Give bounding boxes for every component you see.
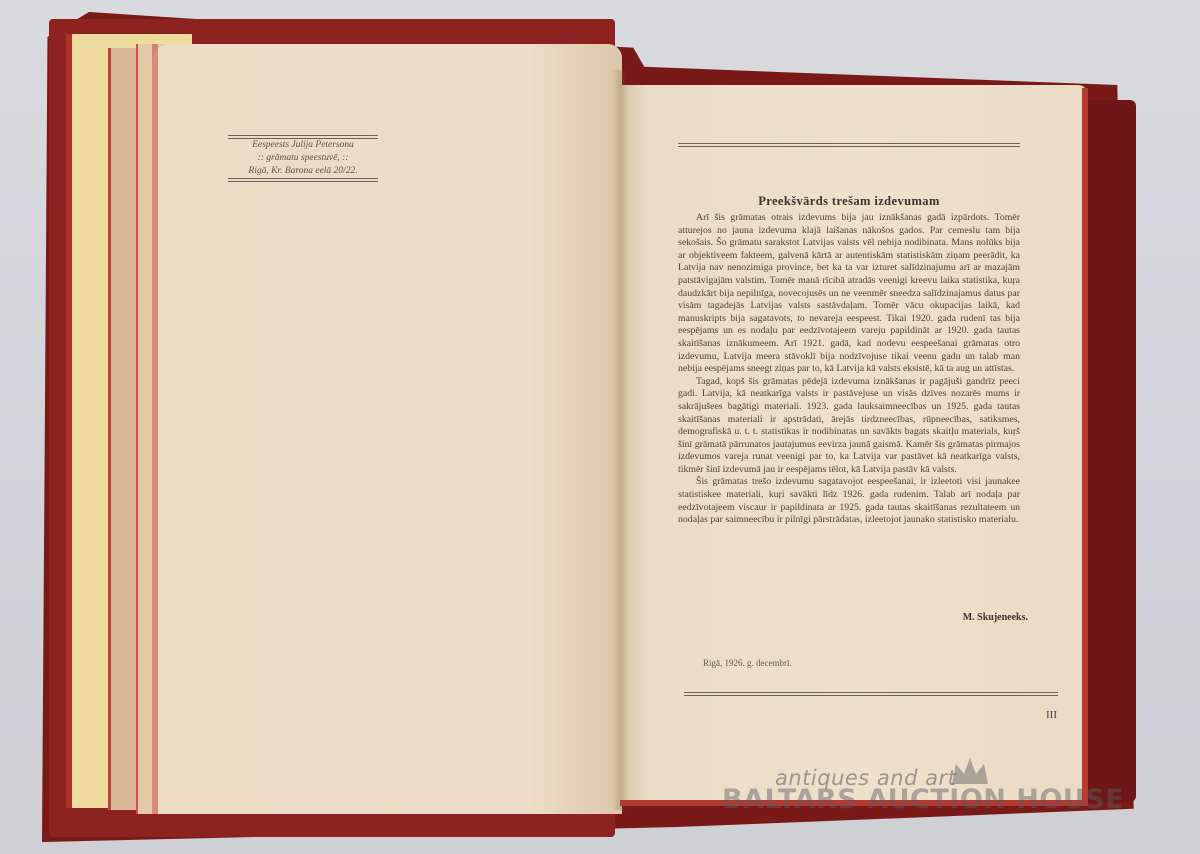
page-number: III	[1046, 709, 1057, 721]
watermark-brand: BALTARS AUCTION HOUSE	[722, 784, 1124, 815]
stamp-rule-bottom	[228, 178, 378, 182]
paragraph: Šis grāmatas trešo izdevumu sagatavojot …	[678, 476, 1020, 526]
stamp-line: :: grāmatu speestuvē, ::	[228, 152, 378, 165]
stamp-line: Eespeests Julija Petersona	[228, 139, 378, 152]
page-title: Preekšvārds trešam izdevumam	[678, 194, 1020, 209]
header-rule	[678, 143, 1020, 147]
paragraph: Tagad, kopš šis grāmatas pēdejā izdevuma…	[678, 376, 1020, 477]
crown-icon	[950, 756, 990, 786]
left-page	[152, 44, 622, 814]
book-cover-right-board	[1080, 100, 1136, 802]
book-gutter	[612, 70, 628, 810]
preface-body: Arī šis grāmatas otrais izdevums bija ja…	[678, 212, 1020, 527]
paragraph: Arī šis grāmatas otrais izdevums bija ja…	[678, 212, 1020, 376]
author-signature: M. Skujeneeks.	[678, 612, 1028, 623]
right-page-red-edge	[1082, 88, 1088, 800]
left-page-red-edge	[152, 44, 158, 814]
stamp-line: Rigā, Kr. Barona eelā 20/22.	[228, 165, 378, 178]
footer-rule	[684, 692, 1058, 696]
printer-stamp: Eespeests Julija Petersona :: grāmatu sp…	[228, 135, 378, 182]
place-date: Rigā, 1926. g. decembrī.	[703, 658, 792, 668]
